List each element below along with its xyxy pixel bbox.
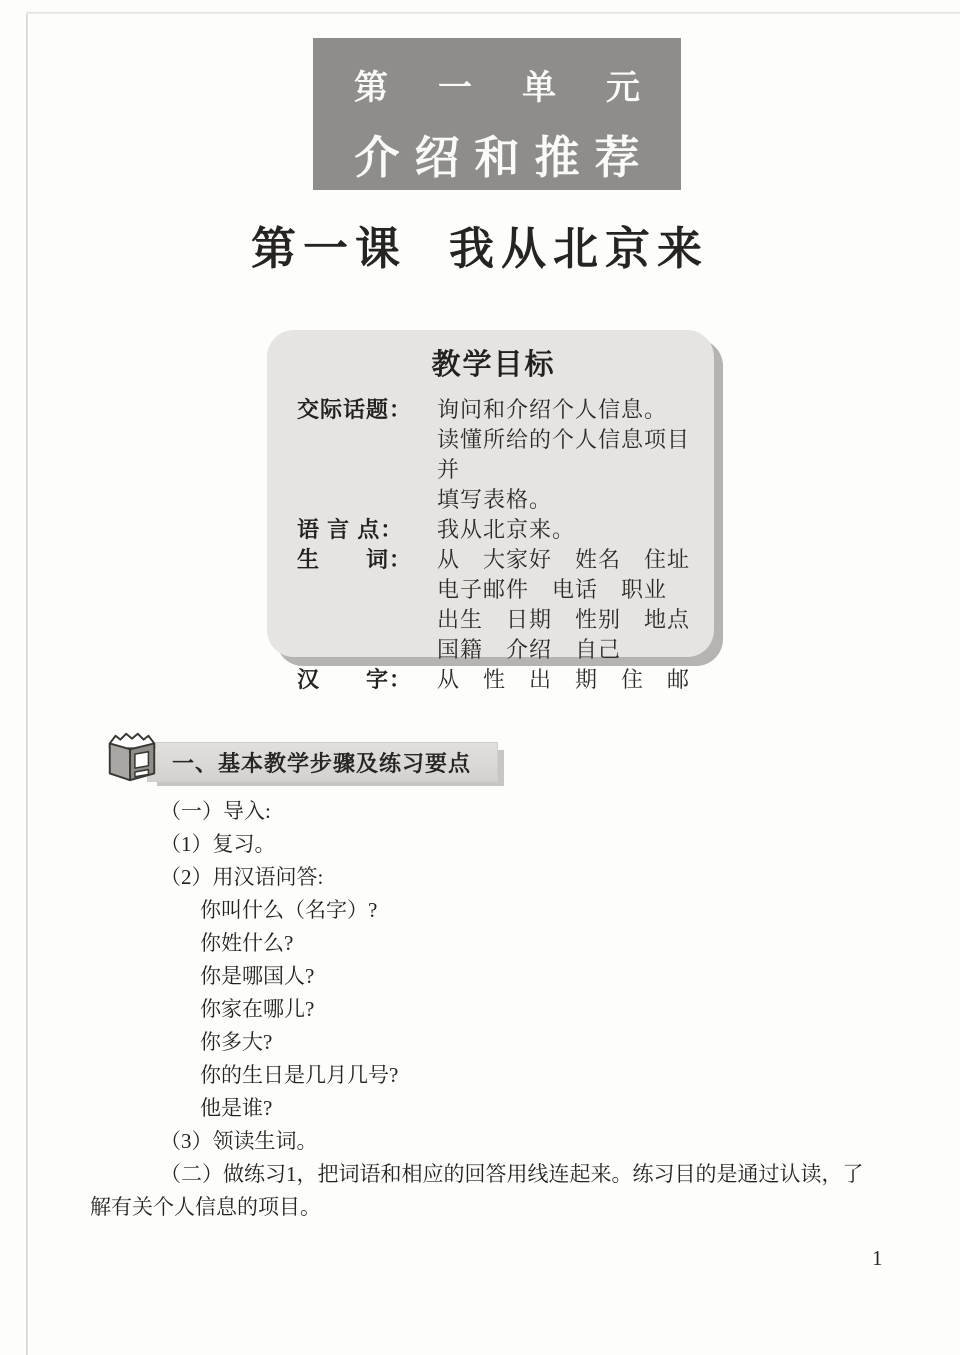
open-book-icon [103,727,161,787]
page-top-edge [26,12,960,14]
objectives-row: 交际话题： 询问和介绍个人信息。 读懂所给的个人信息项目并 填写表格。 [297,395,690,515]
objectives-line: 读懂所给的个人信息项目并 [437,425,690,485]
body-paragraph: （2）用汉语问答: [90,861,874,894]
lesson-name: 我从北京来 [449,212,709,277]
objectives-label: 生 词： [297,545,437,665]
section-title: 一、基本教学步骤及练习要点 [172,747,471,778]
objectives-line: 我从北京来。 [437,515,690,545]
body-paragraph: （3）领读生词。 [90,1125,874,1158]
body-paragraph: （1）复习。 [90,828,874,861]
unit-title-line: 介绍和推荐 [313,121,681,186]
page-number: 1 [872,1246,883,1271]
section-header: 一、基本教学步骤及练习要点 [103,727,498,787]
objectives-row: 汉 字： 从 性 出 期 住 邮 [297,665,690,695]
objectives-line: 电子邮件 电话 职业 [437,575,690,605]
body-paragraph: （二）做练习1，把词语和相应的回答用线连起来。练习目的是通过认读，了解有关个人信… [90,1158,874,1224]
question-line: 你的生日是几月几号? [90,1059,874,1092]
question-line: 你叫什么（名字）? [90,894,874,927]
objectives-label: 汉 字： [297,665,437,695]
objectives-row: 生 词： 从 大家好 姓名 住址 电子邮件 电话 职业 出生 日期 性别 地点 … [297,545,690,665]
objectives-line: 国籍 介绍 自己 [437,635,690,665]
objectives-line: 从 大家好 姓名 住址 [437,545,690,575]
objectives-row: 语 言 点： 我从北京来。 [297,515,690,545]
unit-banner: 第 一 单 元 介绍和推荐 [313,38,681,190]
lesson-title: 第一课 我从北京来 [0,212,960,277]
objectives-label: 交际话题： [297,395,437,515]
objectives-line: 填写表格。 [437,485,690,515]
body-paragraph: （一）导入: [90,795,874,828]
lesson-number: 第一课 [251,212,407,277]
body-text: （一）导入: （1）复习。 （2）用汉语问答: 你叫什么（名字）? 你姓什么? … [90,795,874,1224]
question-line: 你是哪国人? [90,960,874,993]
objectives-line: 出生 日期 性别 地点 [437,605,690,635]
section-title-bar: 一、基本教学步骤及练习要点 [147,742,498,782]
unit-number-line: 第 一 单 元 [313,60,681,109]
objectives-title: 教学目标 [297,342,690,383]
question-line: 你姓什么? [90,927,874,960]
question-line: 你多大? [90,1026,874,1059]
teaching-objectives-box: 教学目标 交际话题： 询问和介绍个人信息。 读懂所给的个人信息项目并 填写表格。… [267,330,714,657]
objectives-line: 询问和介绍个人信息。 [437,395,690,425]
question-line: 你家在哪儿? [90,993,874,1026]
question-line: 他是谁? [90,1092,874,1125]
objectives-line: 从 性 出 期 住 邮 [437,665,690,695]
objectives-label: 语 言 点： [297,515,437,545]
